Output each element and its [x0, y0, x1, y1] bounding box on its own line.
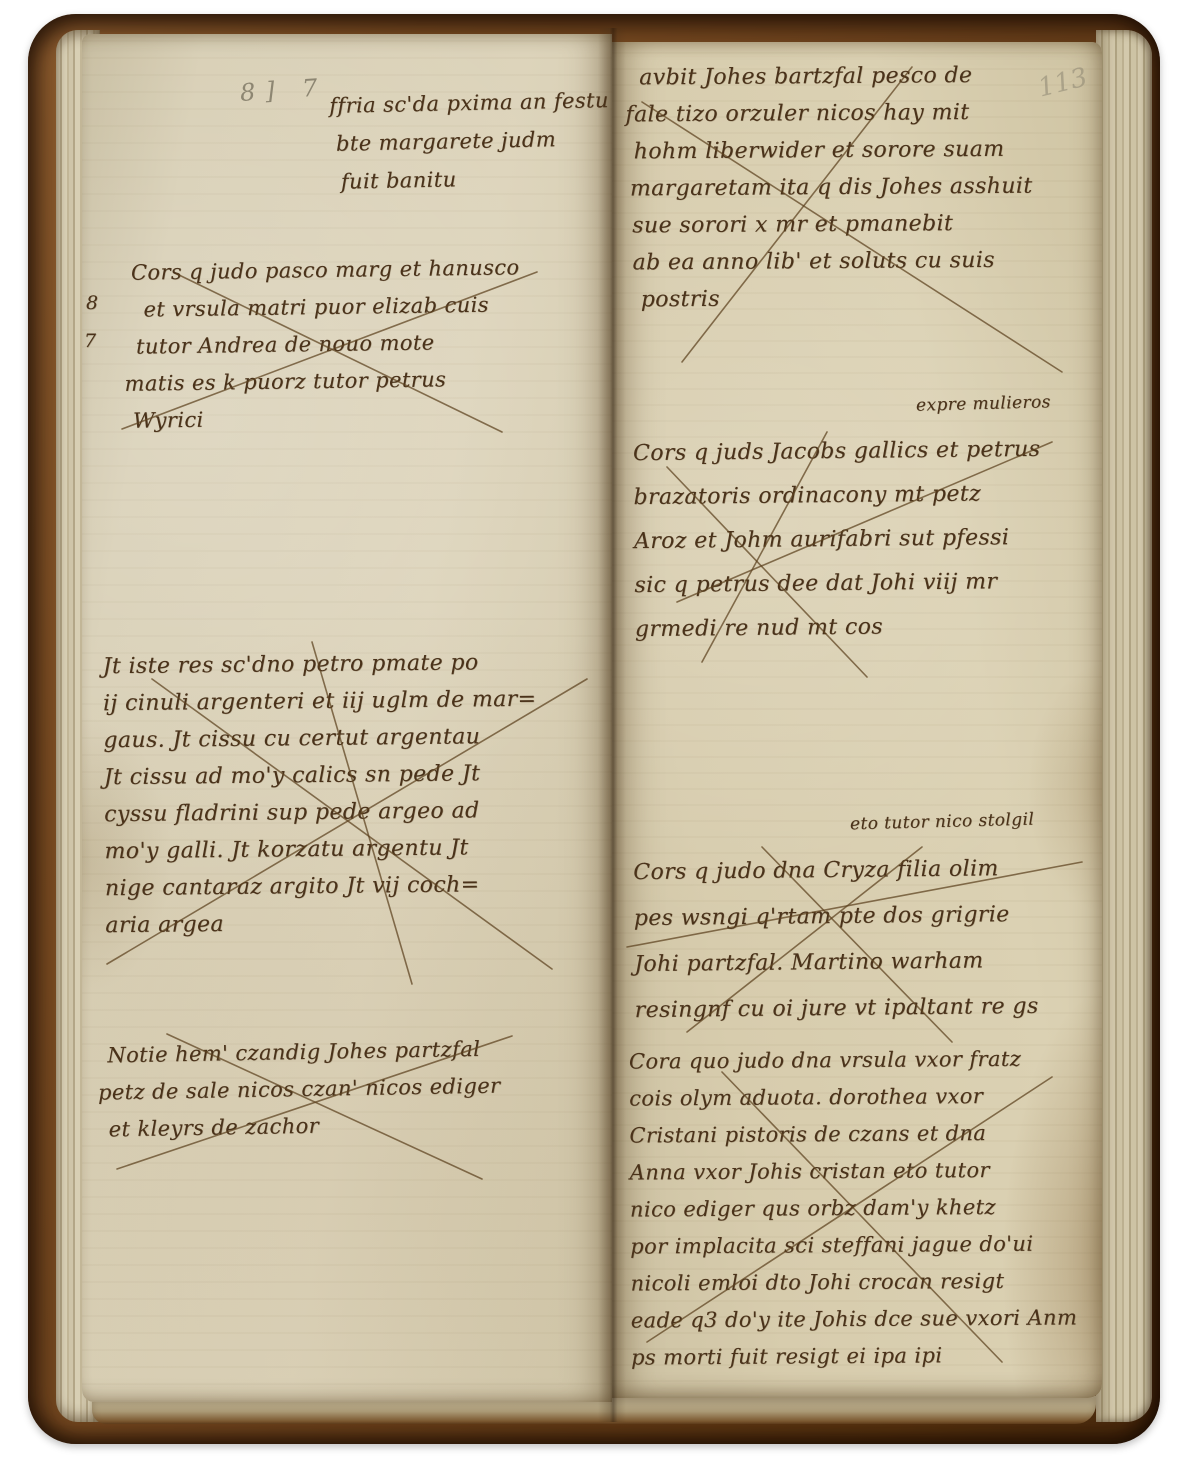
manuscript-line: Cors q judo dna Cryza filia olim	[633, 846, 1037, 896]
manuscript-line: Aroz et Johm aurifabri sut pfessi	[634, 516, 1042, 564]
manuscript-line: fuit banitu	[340, 157, 610, 201]
margin-mark: 7	[84, 330, 97, 352]
manuscript-line: Anna vxor Johis cristan eto tutor	[630, 1151, 1077, 1191]
manuscript-line: et vrsula matri puor elizab cuis	[143, 286, 520, 328]
manuscript-line: matis es k puorz tutor petrus	[124, 360, 521, 403]
manuscript-line: Jt cissu ad mo'y calics sn pede Jt	[104, 755, 538, 797]
manuscript-line: Wyrici	[133, 397, 522, 439]
manuscript-line: postris	[641, 279, 1034, 319]
left-page: 8] 7 ffria sc'da pxima an festu bte marg…	[82, 34, 612, 1402]
manuscript-line: ij cinuli argenteri et iij uglm de mar=	[103, 681, 537, 723]
manuscript-line: ffria sc'da pxima an festu	[329, 81, 609, 125]
manuscript-line: Jt iste res sc'dno petro pmate po	[102, 644, 536, 686]
entry-heading-date: ffria sc'da pxima an festu bte margarete…	[329, 81, 611, 201]
manuscript-line: margaretam ita q dis Johes asshuit	[630, 168, 1033, 208]
manuscript-line: sue sorori x mr et pmanebit	[632, 205, 1033, 245]
entry-block: Cors q judo pasco marg et hanusco et vrs…	[131, 249, 522, 439]
manuscript-line: Johi partzfal. Martino warham	[634, 938, 1038, 988]
manuscript-line: gaus. Jt cissu cu certut argentau	[103, 718, 537, 760]
right-page: 113 avbit Johes bartzfal pesco de fale t…	[612, 42, 1102, 1398]
manuscript-line: eade q3 do'y ite Johis dce sue vxori Anm	[631, 1299, 1078, 1339]
entry-block: avbit Johes bartzfal pesco de fale tizo …	[639, 57, 1033, 319]
manuscript-line: ps morti fuit resigt ei ipa ipi	[631, 1336, 1078, 1376]
manuscript-line: resingnf cu oi jure vt ipaltant re gs	[634, 984, 1038, 1034]
manuscript-line: et kleyrs de zachor	[108, 1105, 501, 1149]
manuscript-line: aria argea	[105, 903, 539, 945]
manuscript-line: Cora quo judo dna vrsula vxor fratz	[629, 1040, 1076, 1080]
manuscript-line: mo'y galli. Jt korzatu argentu Jt	[104, 829, 538, 871]
entry-block: Cors q juds Jacobs gallics et petrus bra…	[633, 428, 1043, 652]
manuscript-line: nicoli emloi dto Johi crocan resigt	[630, 1262, 1077, 1302]
manuscript-line: Cristani pistoris de czans et dna	[629, 1114, 1076, 1154]
manuscript-line: bte margarete judm	[336, 119, 610, 163]
manuscript-line: grmedi re nud mt cos	[635, 604, 1043, 652]
manuscript-line: fale tizo orzuler nicos hay mit	[625, 94, 1032, 134]
manuscript-line: sic q petrus dee dat Johi viij mr	[634, 560, 1042, 608]
entry-heading-note: expre mulieros	[916, 392, 1051, 416]
manuscript-line: por implacita sci steffani jague do'ui	[630, 1225, 1077, 1265]
manuscript-line: hohm liberwider et sorore suam	[634, 131, 1033, 171]
entry-block: Cora quo judo dna vrsula vxor fratz cois…	[629, 1040, 1078, 1376]
folio-number-left: 8] 7	[239, 73, 328, 107]
manuscript-line: ab ea anno lib' et soluts cu suis	[632, 242, 1033, 282]
entry-heading-note: eto tutor nico stolgil	[850, 810, 1035, 835]
margin-mark: 8	[86, 292, 99, 314]
manuscript-line: brazatoris ordinacony mt petz	[633, 472, 1041, 520]
manuscript-line: pes wsngi q'rtam pte dos grigrie	[634, 892, 1038, 942]
manuscript-line: Cors q juds Jacobs gallics et petrus	[633, 428, 1041, 476]
manuscript-line: cois olym aduota. dorothea vxor	[629, 1077, 1076, 1117]
manuscript-line: avbit Johes bartzfal pesco de	[639, 57, 1032, 97]
manuscript-line: nige cantaraz argito Jt vij coch=	[105, 866, 539, 908]
manuscript-line: tutor Andrea de nouo mote	[136, 323, 521, 365]
page-stack-fore-edge	[1096, 30, 1152, 1422]
manuscript-photo: 8] 7 ffria sc'da pxima an festu bte marg…	[0, 0, 1188, 1470]
folio-number-right: 113	[1035, 62, 1090, 103]
entry-block: Jt iste res sc'dno petro pmate po ij cin…	[102, 644, 539, 945]
entry-block: Notie hem' czandig Johes partzfal petz d…	[107, 1031, 501, 1149]
manuscript-line: cyssu fladrini sup pede argeo ad	[104, 792, 538, 834]
manuscript-line: petz de sale nicos czan' nicos ediger	[98, 1068, 501, 1112]
manuscript-line: nico ediger qus orbz dam'y khetz	[630, 1188, 1077, 1228]
manuscript-line: Cors q judo pasco marg et hanusco	[131, 249, 520, 291]
entry-block: Cors q judo dna Cryza filia olim pes wsn…	[633, 846, 1039, 1034]
